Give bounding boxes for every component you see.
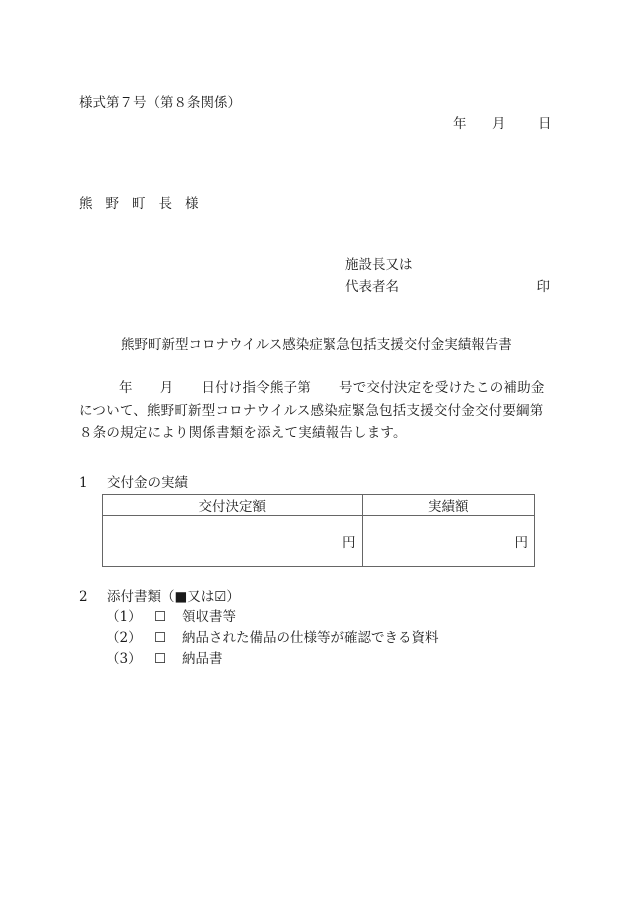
attachment-list: （1）☐領収書等 （2）☐納品された備品の仕様等が確認できる資料 （3）☐納品書	[106, 611, 439, 674]
header-actual-amount: 実績額	[362, 495, 534, 516]
grant-result-table: 交付決定額 実績額 円 円	[102, 494, 535, 567]
checkbox-icon[interactable]: ☐	[154, 632, 182, 646]
date-day: 日	[538, 118, 552, 132]
section-number: 2	[79, 591, 107, 605]
addressee-char: 長	[159, 198, 173, 212]
section-number: 1	[79, 477, 107, 491]
body-month: 月	[160, 380, 174, 396]
checkbox-icon[interactable]: ☐	[154, 611, 182, 625]
header-decided-amount: 交付決定額	[103, 495, 363, 516]
table-row: 円 円	[103, 516, 535, 567]
section-2-heading: 2添付書類（■又は☑）	[79, 591, 240, 605]
date-line: 年月日	[453, 118, 552, 132]
list-item: （1）☐領収書等	[106, 611, 439, 632]
section-title: 添付書類（■又は☑）	[107, 589, 240, 605]
sender-block: 施設長又は 代表者名 印	[345, 259, 550, 303]
decided-amount-cell[interactable]: 円	[103, 516, 363, 567]
item-label: 納品された備品の仕様等が確認できる資料	[182, 630, 439, 646]
addressee-char: 熊	[79, 198, 93, 212]
addressee-char: 町	[132, 198, 146, 212]
form-number: 様式第７号（第８条関係）	[79, 97, 241, 111]
section-1-heading: 1交付金の実績	[79, 477, 188, 491]
body-paragraph: 年月日付け指令熊子第号で交付決定を受けたこの補助金について、熊野町新型コロナウイ…	[79, 377, 551, 445]
section-title: 交付金の実績	[107, 475, 188, 491]
list-item: （3）☐納品書	[106, 653, 439, 674]
body-year: 年	[119, 380, 133, 396]
item-number: （1）	[106, 611, 154, 625]
item-label: 納品書	[182, 651, 223, 667]
item-label: 領収書等	[182, 609, 236, 625]
list-item: （2）☐納品された備品の仕様等が確認できる資料	[106, 632, 439, 653]
table-header-row: 交付決定額 実績額	[103, 495, 535, 516]
date-year: 年	[453, 118, 492, 132]
date-month: 月	[492, 118, 538, 132]
sender-title: 施設長又は	[345, 257, 413, 273]
document-title: 熊野町新型コロナウイルス感染症緊急包括支援交付金実績報告書	[121, 339, 512, 353]
seal-mark: 印	[537, 281, 551, 295]
actual-amount-cell[interactable]: 円	[362, 516, 534, 567]
addressee: 熊野町長様	[79, 198, 212, 212]
addressee-char: 様	[185, 198, 199, 212]
item-number: （3）	[106, 653, 154, 667]
body-segment-2: 号で交付決定を受けたこの補助金について、熊野町新型コロナウイルス感染症緊急包括支…	[79, 380, 545, 441]
item-number: （2）	[106, 632, 154, 646]
addressee-char: 野	[106, 198, 120, 212]
representative-label: 代表者名	[345, 279, 399, 295]
body-segment-1: 日付け指令熊子第	[201, 380, 311, 396]
checkbox-icon[interactable]: ☐	[154, 653, 182, 667]
